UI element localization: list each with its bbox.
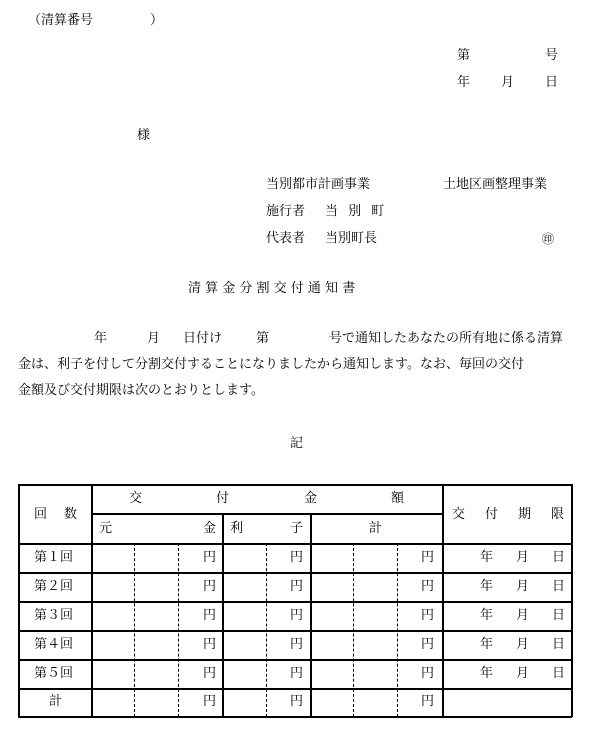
row-label: 第５回 <box>34 666 73 682</box>
project-name-left: 当別都市計画事業 <box>266 177 370 193</box>
date-day: 日 <box>545 75 558 91</box>
header-deadline-2: 付 <box>485 507 498 523</box>
header-interest-1: 利 <box>230 521 243 537</box>
deadline-day: 日 <box>552 579 565 595</box>
representative-label: 代表者 <box>266 231 305 247</box>
yen-interest: 円 <box>290 694 303 710</box>
col-line <box>222 513 224 717</box>
settlement-number-label: （清算番号 <box>28 13 93 29</box>
date-year: 年 <box>457 75 470 91</box>
row-line <box>18 659 572 661</box>
header-amount-3: 金 <box>304 491 317 507</box>
deadline-year: 年 <box>480 550 493 566</box>
date-month: 月 <box>501 75 514 91</box>
dashed-separator <box>397 543 398 717</box>
col-line <box>91 484 93 717</box>
yen-total: 円 <box>421 637 434 653</box>
row-line <box>18 688 572 690</box>
header-principal-1: 元 <box>99 521 112 537</box>
yen-principal: 円 <box>203 694 216 710</box>
body-line1-rest: 号で通知したあなたの所有地に係る清算 <box>329 331 563 347</box>
header-amount-2: 付 <box>216 491 229 507</box>
header-bottom-line <box>18 543 572 545</box>
yen-interest: 円 <box>290 579 303 595</box>
col-line <box>310 513 312 717</box>
executor-label: 施行者 <box>266 204 305 220</box>
yen-principal: 円 <box>203 579 216 595</box>
deadline-year: 年 <box>480 666 493 682</box>
table-border-left <box>18 484 20 717</box>
header-amount-1: 交 <box>129 491 142 507</box>
row-label: 第１回 <box>34 550 73 566</box>
table-border-bottom <box>18 716 572 718</box>
yen-total: 円 <box>421 579 434 595</box>
header-count: 回 数 <box>34 507 79 523</box>
body-line1-no-prefix: 第 <box>256 331 269 347</box>
deadline-month: 月 <box>516 637 529 653</box>
table-border-right <box>571 484 573 717</box>
header-amount-4: 額 <box>391 491 404 507</box>
header-total: 計 <box>369 521 382 537</box>
document-title: 清 算 金 分 割 交 付 通 知 書 <box>188 281 355 297</box>
body-line1-month: 月 <box>147 331 160 347</box>
body-line2: 金は、利子を付して分割交付することになりましたから通知します。なお、毎回の交付 <box>18 357 524 373</box>
deadline-day: 日 <box>552 550 565 566</box>
table-border-top <box>18 484 572 486</box>
row-line <box>18 630 572 632</box>
representative-name: 当別町長 <box>325 231 377 247</box>
row-label: 第４回 <box>34 637 73 653</box>
body-line1-year: 年 <box>94 331 107 347</box>
deadline-day: 日 <box>552 637 565 653</box>
header-deadline-4: 限 <box>551 507 564 523</box>
deadline-month: 月 <box>516 666 529 682</box>
doc-no-suffix: 号 <box>545 48 558 64</box>
addressee-suffix: 様 <box>137 128 150 144</box>
deadline-year: 年 <box>480 637 493 653</box>
header-mid-line <box>91 513 442 515</box>
deadline-year: 年 <box>480 608 493 624</box>
doc-no-prefix: 第 <box>457 48 470 64</box>
dashed-separator <box>134 543 135 717</box>
yen-total: 円 <box>421 608 434 624</box>
deadline-year: 年 <box>480 579 493 595</box>
header-deadline-1: 交 <box>452 507 465 523</box>
yen-total: 円 <box>421 694 434 710</box>
row-label: 第３回 <box>34 608 73 624</box>
row-label: 第２回 <box>34 579 73 595</box>
dashed-separator <box>178 543 179 717</box>
ki-label: 記 <box>290 436 303 452</box>
header-interest-2: 子 <box>290 521 303 537</box>
yen-interest: 円 <box>290 666 303 682</box>
executor-name: 当 別 町 <box>325 204 387 220</box>
header-principal-2: 金 <box>203 521 216 537</box>
seal-icon: ㊞ <box>542 231 554 247</box>
deadline-month: 月 <box>516 550 529 566</box>
header-deadline-3: 期 <box>518 507 531 523</box>
row-line <box>18 601 572 603</box>
deadline-month: 月 <box>516 608 529 624</box>
yen-principal: 円 <box>203 666 216 682</box>
dashed-separator <box>266 543 267 717</box>
settlement-number-close: ） <box>150 13 163 29</box>
deadline-day: 日 <box>552 608 565 624</box>
row-label-total: 計 <box>49 694 62 710</box>
body-line3: 金額及び交付期限は次のとおりとします。 <box>18 383 264 399</box>
installment-table: 回 数 交 付 金 額 元 金 利 子 計 交 付 期 限 第１回 円 円 円 … <box>18 484 572 717</box>
yen-principal: 円 <box>203 608 216 624</box>
yen-principal: 円 <box>203 550 216 566</box>
col-line <box>442 484 444 717</box>
project-name-right: 土地区画整理事業 <box>443 177 547 193</box>
yen-interest: 円 <box>290 637 303 653</box>
body-line1-day: 日付け <box>183 331 222 347</box>
deadline-day: 日 <box>552 666 565 682</box>
yen-interest: 円 <box>290 608 303 624</box>
yen-total: 円 <box>421 666 434 682</box>
deadline-month: 月 <box>516 579 529 595</box>
yen-interest: 円 <box>290 550 303 566</box>
yen-principal: 円 <box>203 637 216 653</box>
yen-total: 円 <box>421 550 434 566</box>
dashed-separator <box>353 543 354 717</box>
row-line <box>18 572 572 574</box>
